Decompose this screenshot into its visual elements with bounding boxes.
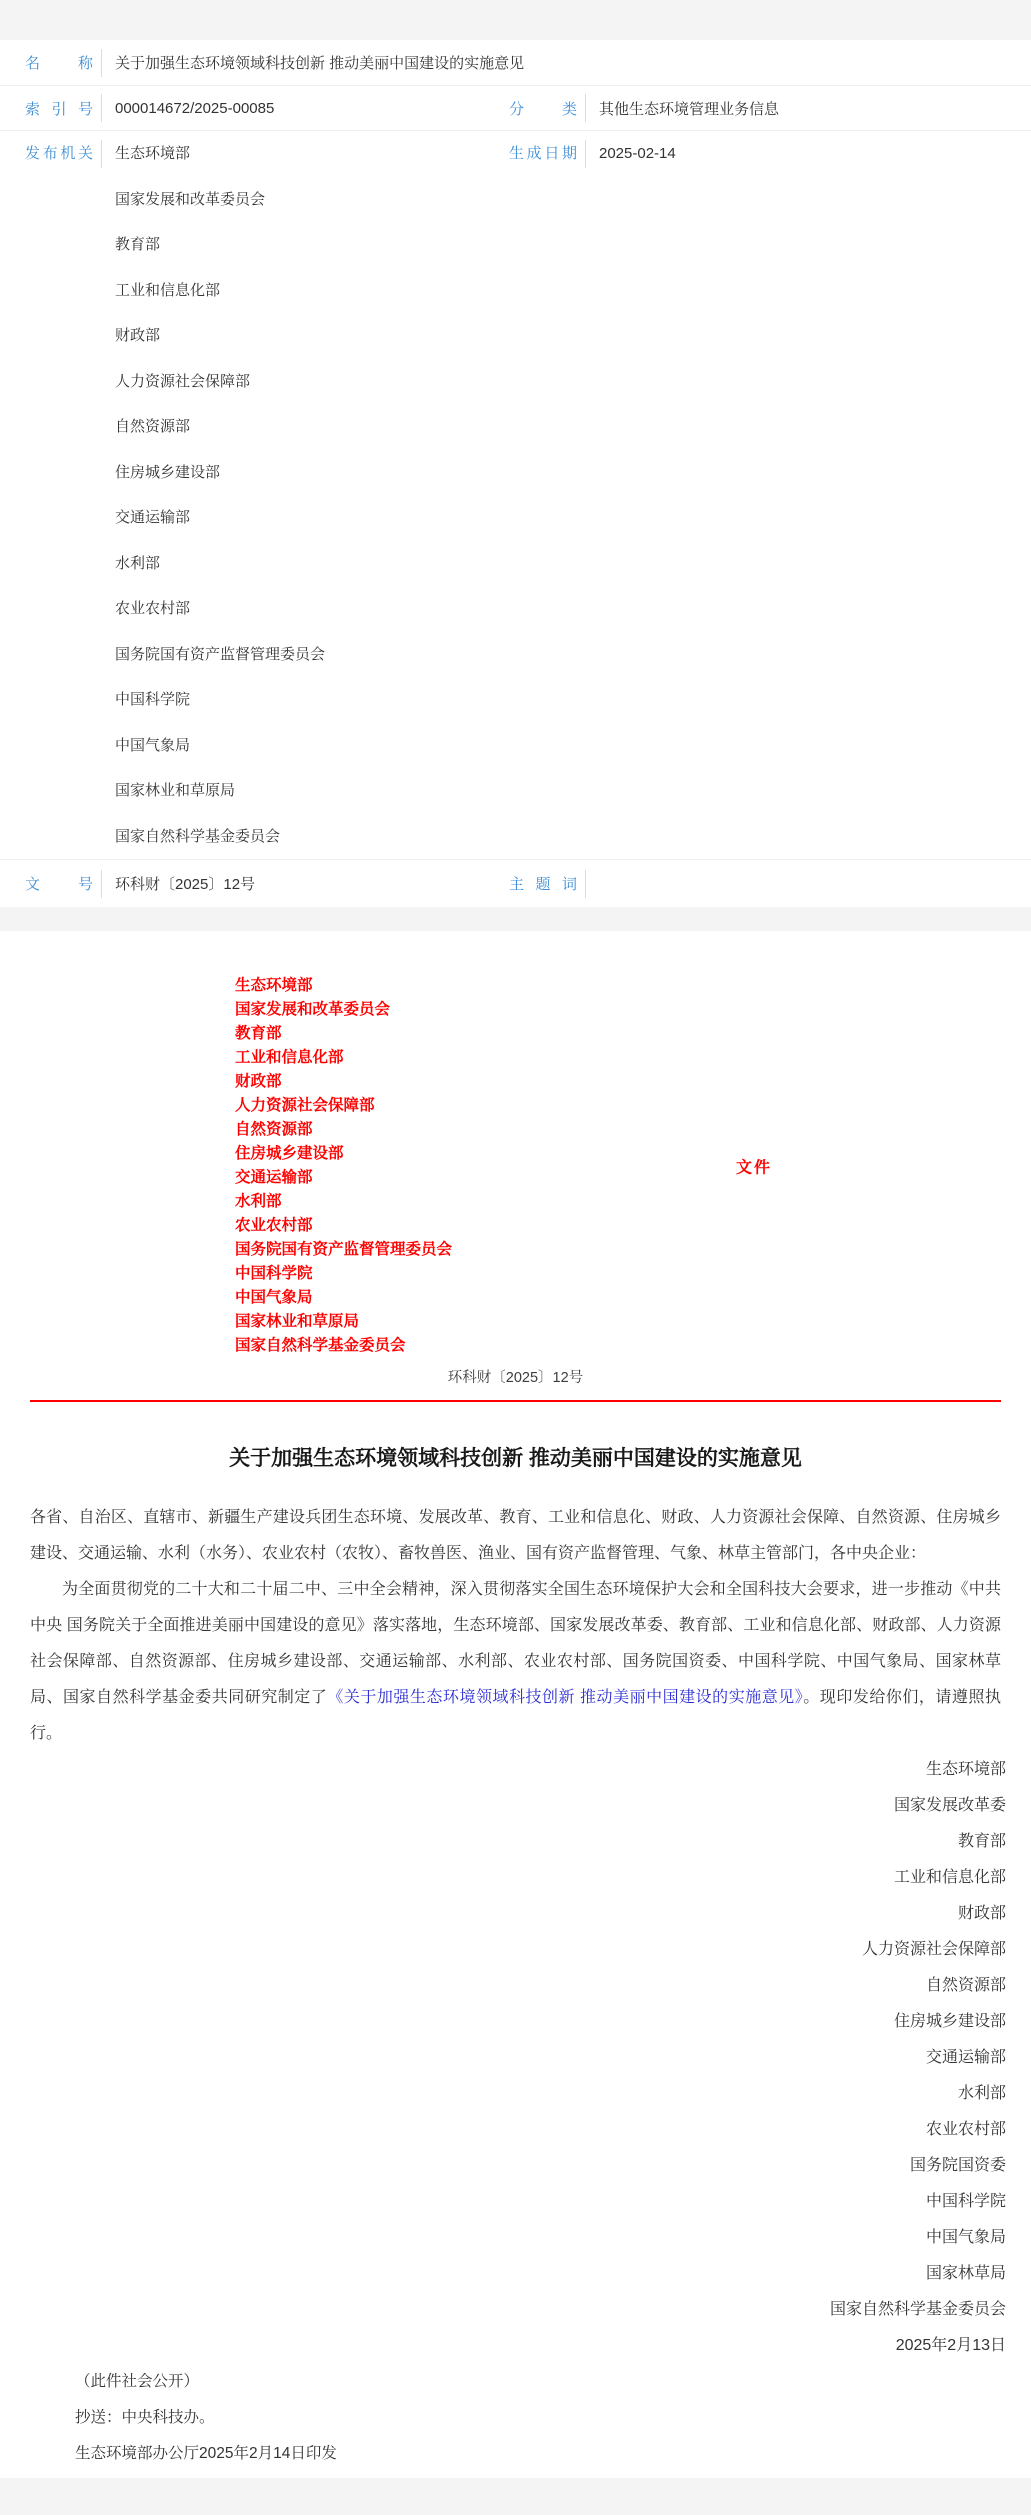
issuing-agency: 教育部 — [115, 222, 459, 268]
document-reference-number: 环科财〔2025〕12号 — [0, 1368, 1031, 1388]
name-field-label: 名称 — [25, 52, 93, 73]
signatory-agency: 教育部 — [30, 1824, 1006, 1860]
issuing-agency: 中国气象局 — [115, 723, 459, 769]
letterhead-agency: 中国科学院 — [235, 1262, 1031, 1286]
letterhead-agency-list: 生态环境部国家发展和改革委员会教育部工业和信息化部财政部人力资源社会保障部自然资… — [235, 974, 1031, 1358]
signatory-agency: 中国气象局 — [30, 2220, 1006, 2256]
letterhead-agency: 生态环境部 — [235, 974, 1031, 998]
issuing-agency: 国家林业和草原局 — [115, 768, 459, 814]
signatory-agency: 国家林草局 — [30, 2256, 1006, 2292]
issuing-agency: 国家发展和改革委员会 — [115, 177, 459, 223]
info-row-index-category: 索引号 000014672/2025-00085 分类 其他生态环境管理业务信息 — [0, 85, 1031, 130]
public-disclosure-note: （此件社会公开） — [75, 2364, 1001, 2400]
generation-date-value: 2025-02-14 — [586, 131, 1031, 177]
signatory-agency: 中国科学院 — [30, 2184, 1006, 2220]
document-info-table: 名称 关于加强生态环境领域科技创新 推动美丽中国建设的实施意见 索引号 0000… — [0, 40, 1031, 907]
generation-date-label: 生成日期 — [509, 131, 577, 177]
issuing-agency: 交通运输部 — [115, 495, 459, 541]
letterhead-agency: 国家自然科学基金委员会 — [235, 1334, 1031, 1358]
body-paragraph: 为全面贯彻党的二十大和二十届二中、三中全会精神，深入贯彻落实全国生态环境保护大会… — [30, 1572, 1001, 1752]
document-number-label: 文号 — [25, 873, 93, 894]
signatory-agency: 财政部 — [30, 1896, 1006, 1932]
index-number-label: 索引号 — [25, 98, 93, 119]
letterhead-agency: 国家林业和草原局 — [235, 1310, 1031, 1334]
document-title: 关于加强生态环境领域科技创新 推动美丽中国建设的实施意见 — [30, 1444, 1001, 1474]
issuing-agency-label: 发布机关 — [25, 131, 93, 177]
print-issue-note: 生态环境部办公厅2025年2月14日印发 — [75, 2436, 1001, 2472]
signatory-list: 生态环境部国家发展改革委教育部工业和信息化部财政部人力资源社会保障部自然资源部住… — [30, 1752, 1006, 2328]
issuing-agency: 农业农村部 — [115, 586, 459, 632]
name-field-value: 关于加强生态环境领域科技创新 推动美丽中国建设的实施意见 — [102, 52, 1031, 73]
signatory-agency: 住房城乡建设部 — [30, 2004, 1006, 2040]
signatory-agency: 国家发展改革委 — [30, 1788, 1006, 1824]
letterhead-agency: 交通运输部 — [235, 1166, 1031, 1190]
letterhead-agency: 农业农村部 — [235, 1214, 1031, 1238]
letterhead-agency: 国务院国有资产监督管理委员会 — [235, 1238, 1031, 1262]
subject-words-label: 主题词 — [509, 873, 577, 894]
implementation-opinions-link[interactable]: 《关于加强生态环境领域科技创新 推动美丽中国建设的实施意见》 — [327, 1689, 803, 1706]
issuing-agency: 水利部 — [115, 541, 459, 587]
issuing-agency: 中国科学院 — [115, 677, 459, 723]
signatory-agency: 自然资源部 — [30, 1968, 1006, 2004]
letterhead-agency: 工业和信息化部 — [235, 1046, 1031, 1070]
page: 名称 关于加强生态环境领域科技创新 推动美丽中国建设的实施意见 索引号 0000… — [0, 0, 1031, 2478]
salutation-paragraph: 各省、自治区、直辖市、新疆生产建设兵团生态环境、发展改革、教育、工业和信息化、财… — [30, 1500, 1001, 1572]
issuing-agency: 国家自然科学基金委员会 — [115, 814, 459, 860]
signatory-agency: 国务院国资委 — [30, 2148, 1006, 2184]
letterhead-agency: 水利部 — [235, 1190, 1031, 1214]
letterhead-agency: 教育部 — [235, 1022, 1031, 1046]
issuing-agency: 人力资源社会保障部 — [115, 359, 459, 405]
letterhead-agency: 住房城乡建设部 — [235, 1142, 1031, 1166]
info-row-name: 名称 关于加强生态环境领域科技创新 推动美丽中国建设的实施意见 — [0, 40, 1031, 85]
cc-note: 抄送：中央科技办。 — [75, 2400, 1001, 2436]
document-footnotes: （此件社会公开） 抄送：中央科技办。 生态环境部办公厅2025年2月14日印发 — [30, 2364, 1001, 2472]
index-number-value: 000014672/2025-00085 — [102, 100, 459, 117]
signatory-agency: 人力资源社会保障部 — [30, 1932, 1006, 1968]
letterhead-agency: 中国气象局 — [235, 1286, 1031, 1310]
document-tag: 文件 — [736, 1155, 772, 1178]
body-text-before-link: 为全面贯彻党的二十大和二十届二中、三中全会精神，深入贯彻落实全国生态环境保护大会… — [30, 1581, 1001, 1706]
signatory-agency: 水利部 — [30, 2076, 1006, 2112]
signatory-agency: 农业农村部 — [30, 2112, 1006, 2148]
signature-date: 2025年2月13日 — [30, 2328, 1006, 2364]
issuing-agency: 工业和信息化部 — [115, 268, 459, 314]
signatory-agency: 国家自然科学基金委员会 — [30, 2292, 1006, 2328]
vertical-divider — [585, 870, 586, 898]
issuing-agency: 生态环境部 — [115, 131, 459, 177]
signatory-agency: 工业和信息化部 — [30, 1860, 1006, 1896]
signatory-agency: 交通运输部 — [30, 2040, 1006, 2076]
letterhead-agency: 财政部 — [235, 1070, 1031, 1094]
red-divider-rule — [30, 1400, 1001, 1402]
official-document: 生态环境部国家发展和改革委员会教育部工业和信息化部财政部人力资源社会保障部自然资… — [0, 931, 1031, 2478]
letterhead-agency: 人力资源社会保障部 — [235, 1094, 1031, 1118]
info-row-docno-subject: 文号 环科财〔2025〕12号 主题词 — [0, 859, 1031, 907]
letterhead-agency: 国家发展和改革委员会 — [235, 998, 1031, 1022]
issuing-agency: 住房城乡建设部 — [115, 450, 459, 496]
category-label: 分类 — [509, 98, 577, 119]
issuing-agency: 国务院国有资产监督管理委员会 — [115, 632, 459, 678]
document-number-value: 环科财〔2025〕12号 — [102, 873, 459, 894]
issuing-agency: 自然资源部 — [115, 404, 459, 450]
info-row-issuer-date: 发布机关 生态环境部国家发展和改革委员会教育部工业和信息化部财政部人力资源社会保… — [0, 130, 1031, 859]
document-letterhead: 生态环境部国家发展和改革委员会教育部工业和信息化部财政部人力资源社会保障部自然资… — [0, 974, 1031, 1358]
issuing-agency-list: 生态环境部国家发展和改革委员会教育部工业和信息化部财政部人力资源社会保障部自然资… — [102, 131, 459, 859]
category-value: 其他生态环境管理业务信息 — [586, 98, 1031, 119]
issuing-agency: 财政部 — [115, 313, 459, 359]
letterhead-agency: 自然资源部 — [235, 1118, 1031, 1142]
signatory-agency: 生态环境部 — [30, 1752, 1006, 1788]
